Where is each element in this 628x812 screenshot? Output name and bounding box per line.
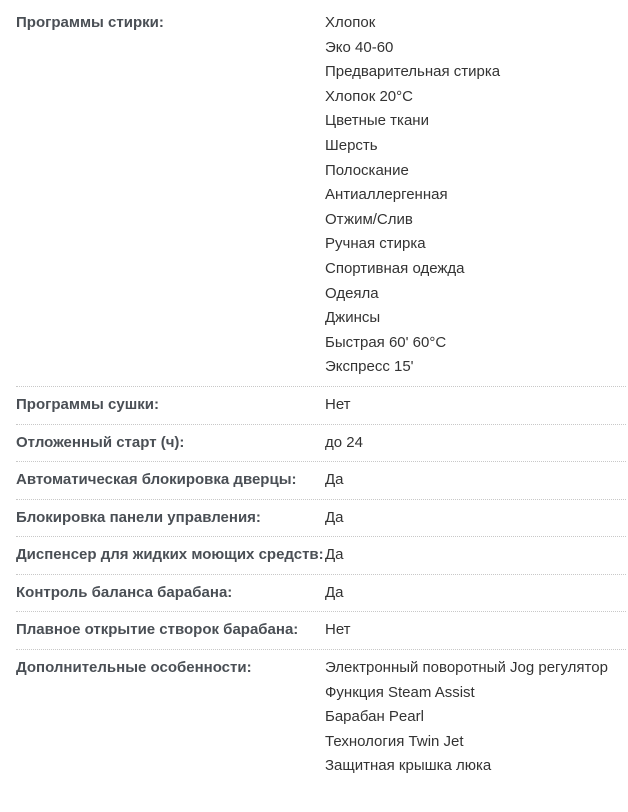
spec-row: Диспенсер для жидких моющих средств:Да — [16, 537, 626, 575]
spec-value: Нет — [325, 393, 626, 418]
spec-value-item: Полоскание — [325, 159, 626, 184]
spec-row: Автоматическая блокировка дверцы:Да — [16, 462, 626, 500]
spec-value-item: Предварительная стирка — [325, 60, 626, 85]
spec-label: Контроль баланса барабана: — [16, 581, 325, 606]
spec-value: Да — [325, 468, 626, 493]
spec-value-item: Отжим/Слив — [325, 208, 626, 233]
spec-label: Диспенсер для жидких моющих средств: — [16, 543, 325, 568]
spec-value-item: Спортивная одежда — [325, 257, 626, 282]
spec-row: Программы сушки:Нет — [16, 387, 626, 425]
spec-label: Плавное открытие створок барабана: — [16, 618, 325, 643]
spec-value-item: Шерсть — [325, 134, 626, 159]
spec-value-item: Технология Twin Jet — [325, 730, 626, 755]
spec-row: Отложенный старт (ч):до 24 — [16, 425, 626, 463]
spec-label: Дополнительные особенности: — [16, 656, 325, 779]
spec-value-item: Хлопок — [325, 11, 626, 36]
spec-value-item: Барабан Pearl — [325, 705, 626, 730]
spec-label: Автоматическая блокировка дверцы: — [16, 468, 325, 493]
spec-value: до 24 — [325, 431, 626, 456]
spec-value-item: Эко 40-60 — [325, 36, 626, 61]
spec-value-item: Антиаллергенная — [325, 183, 626, 208]
spec-value-item: Да — [325, 506, 626, 531]
spec-value-item: Да — [325, 581, 626, 606]
spec-value-item: Цветные ткани — [325, 109, 626, 134]
spec-label: Программы сушки: — [16, 393, 325, 418]
spec-value: Да — [325, 506, 626, 531]
spec-value: ХлопокЭко 40-60Предварительная стиркаХло… — [325, 11, 626, 380]
spec-row: Контроль баланса барабана:Да — [16, 575, 626, 613]
spec-value-item: Быстрая 60' 60°C — [325, 331, 626, 356]
spec-value-item: Нет — [325, 393, 626, 418]
spec-value-item: Нет — [325, 618, 626, 643]
spec-value-item: Одеяла — [325, 282, 626, 307]
spec-row: Дополнительные особенности:Электронный п… — [16, 650, 626, 785]
spec-value: Электронный поворотный Jog регуляторФунк… — [325, 656, 626, 779]
spec-value-item: Да — [325, 468, 626, 493]
spec-value-item: Защитная крышка люка — [325, 754, 626, 779]
spec-value-item: Хлопок 20°C — [325, 85, 626, 110]
spec-value: Да — [325, 581, 626, 606]
spec-row: Блокировка панели управления:Да — [16, 500, 626, 538]
spec-label: Программы стирки: — [16, 11, 325, 380]
spec-value: Нет — [325, 618, 626, 643]
specifications-table: Программы стирки:ХлопокЭко 40-60Предвари… — [16, 5, 626, 785]
spec-label: Блокировка панели управления: — [16, 506, 325, 531]
spec-row: Программы стирки:ХлопокЭко 40-60Предвари… — [16, 5, 626, 387]
spec-value-item: Да — [325, 543, 626, 568]
spec-value: Да — [325, 543, 626, 568]
spec-value-item: Экспресс 15' — [325, 355, 626, 380]
spec-row: Плавное открытие створок барабана:Нет — [16, 612, 626, 650]
spec-label: Отложенный старт (ч): — [16, 431, 325, 456]
spec-value-item: Джинсы — [325, 306, 626, 331]
spec-value-item: Функция Steam Assist — [325, 681, 626, 706]
spec-value-item: до 24 — [325, 431, 626, 456]
spec-value-item: Электронный поворотный Jog регулятор — [325, 656, 626, 681]
spec-value-item: Ручная стирка — [325, 232, 626, 257]
